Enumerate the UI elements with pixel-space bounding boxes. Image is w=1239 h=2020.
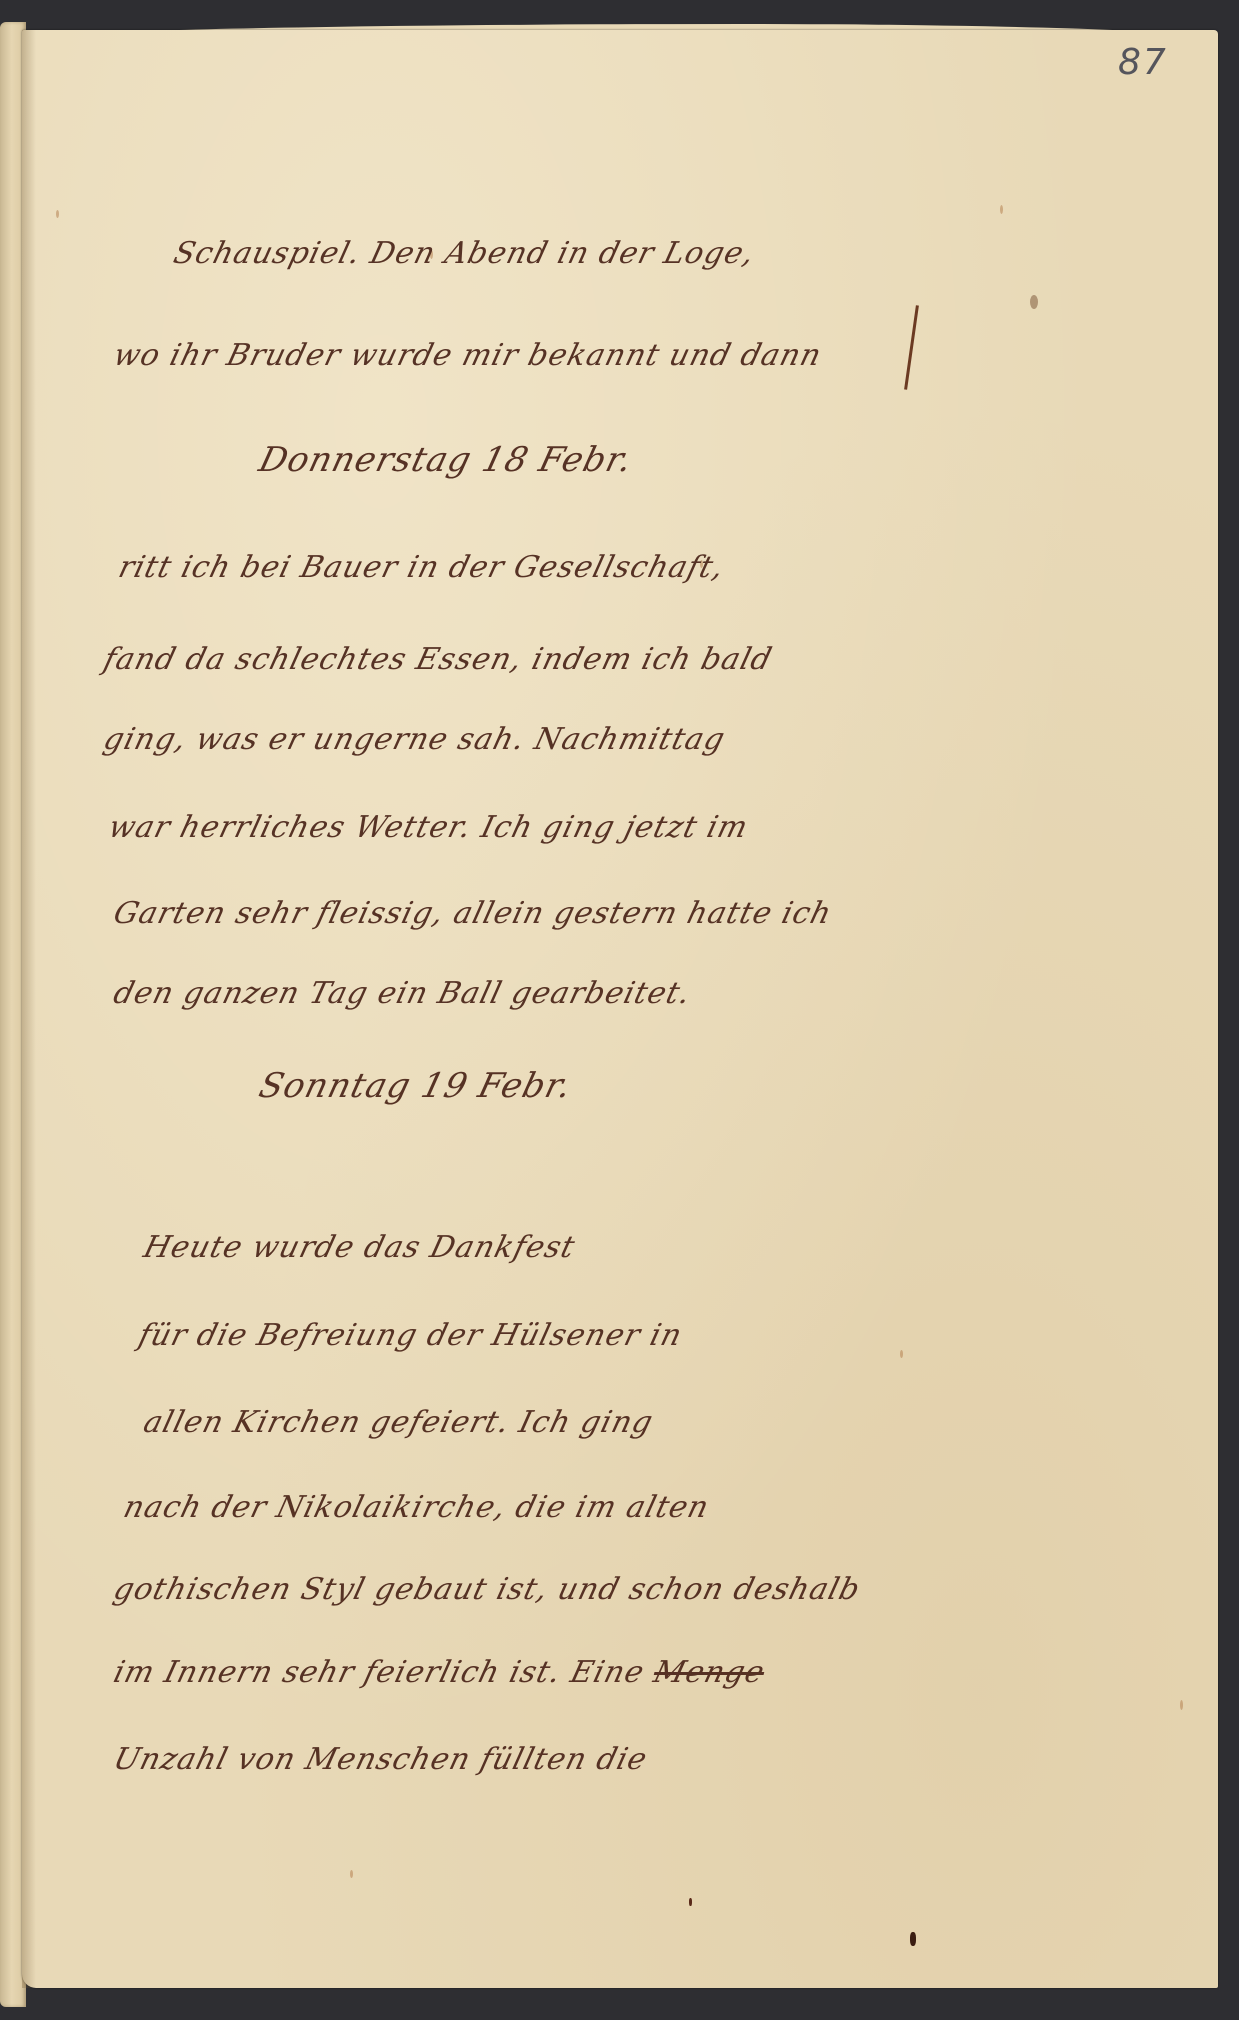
ink-dot [689, 1898, 692, 1906]
date-heading: Sonntag 19 Febr. [255, 1066, 576, 1106]
manuscript-line: Heute wurde das Dankfest [140, 1230, 579, 1265]
manuscript-line: fand da schlechtes Essen, indem ich bald [100, 642, 776, 677]
gutter-shadow [22, 30, 36, 1988]
manuscript-line: gothischen Styl gebaut ist, und schon de… [110, 1572, 864, 1607]
manuscript-line: ging, was er ungerne sah. Nachmittag [100, 722, 729, 757]
paper-fleck [900, 1350, 903, 1358]
manuscript-line: wo ihr Bruder wurde mir bekannt und dann [110, 338, 825, 373]
line-text: im Innern sehr feierlich ist. Eine [110, 1655, 648, 1690]
date-heading: Donnerstag 18 Febr. [255, 440, 637, 480]
manuscript-line: nach der Nikolaikirche, die im alten [120, 1490, 713, 1525]
struck-word: Menge [650, 1655, 768, 1690]
manuscript-line: ritt ich bei Bauer in der Gesellschaft, [115, 550, 728, 585]
paper-fleck [350, 1870, 353, 1878]
paper-fleck [1030, 295, 1038, 309]
paper-fleck [1180, 1700, 1183, 1710]
manuscript-line: allen Kirchen gefeiert. Ich ging [140, 1405, 657, 1440]
manuscript-line: Schauspiel. Den Abend in der Loge, [170, 236, 758, 271]
paper-fleck [56, 210, 59, 218]
manuscript-line: für die Befreiung der Hülsener in [135, 1318, 686, 1353]
manuscript-line: Unzahl von Menschen füllten die [110, 1742, 651, 1777]
page-number: 87 [1118, 42, 1168, 83]
paper-fleck [1000, 205, 1003, 214]
manuscript-line: war herrliches Wetter. Ich ging jetzt im [105, 810, 752, 845]
manuscript-line: im Innern sehr feierlich ist. Eine Menge [110, 1655, 769, 1690]
ink-blot [910, 1932, 916, 1946]
manuscript-line: Garten sehr fleissig, allein gestern hat… [110, 896, 836, 931]
manuscript-line: den ganzen Tag ein Ball gearbeitet. [110, 976, 695, 1011]
